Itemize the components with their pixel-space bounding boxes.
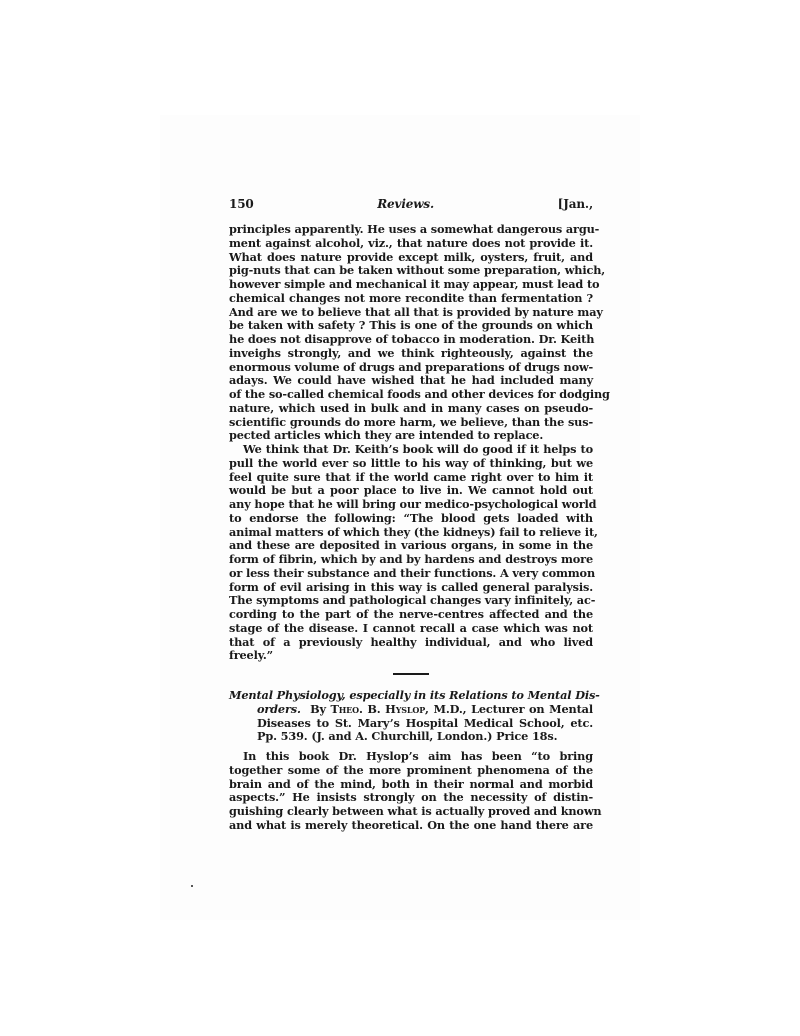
citation-title-line: Mental Physiology, especially in its Rel… bbox=[229, 689, 593, 703]
paragraph-1: principles apparently. He uses a somewha… bbox=[229, 223, 593, 443]
text-line: pull the world ever so little to his way… bbox=[229, 457, 593, 471]
text-line: together some of the more prominent phen… bbox=[229, 764, 593, 778]
text-column: 150 Reviews. [Jan., principles apparentl… bbox=[229, 198, 593, 833]
running-head: 150 Reviews. [Jan., bbox=[229, 198, 593, 220]
author-credentials: M.D., Lecturer on Mental bbox=[433, 702, 592, 716]
text-line: nature, which used in bulk and in many c… bbox=[229, 402, 593, 416]
text-line: animal matters of which they (the kidney… bbox=[229, 526, 593, 540]
book-citation: Mental Physiology, especially in its Rel… bbox=[229, 689, 593, 744]
text-line: stage of the disease. I cannot recall a … bbox=[229, 622, 593, 636]
text-line: would be but a poor place to live in. We… bbox=[229, 484, 593, 498]
scan-artifact-speck bbox=[191, 885, 193, 887]
by-label: By bbox=[310, 702, 326, 716]
text-line: of the so-called chemical foods and othe… bbox=[229, 388, 593, 402]
text-line: however simple and mechanical it may app… bbox=[229, 278, 593, 292]
paragraph-2: We think that Dr. Keith’s book will do g… bbox=[229, 443, 593, 663]
text-line: form of evil arising in this way is call… bbox=[229, 581, 593, 595]
text-line: form of fibrin, which by and by hardens … bbox=[229, 553, 593, 567]
text-line: pig-nuts that can be taken without some … bbox=[229, 264, 593, 278]
text-line: any hope that he will bring our medico-p… bbox=[229, 498, 593, 512]
citation-line: orders. By Theo. B. Hyslop, M.D., Lectur… bbox=[229, 703, 593, 717]
text-line: adays. We could have wished that he had … bbox=[229, 374, 593, 388]
text-line: We think that Dr. Keith’s book will do g… bbox=[229, 443, 593, 457]
text-line: The symptoms and pathological changes va… bbox=[229, 594, 593, 608]
text-line: to endorse the following: “The blood get… bbox=[229, 512, 593, 526]
text-line: guishing clearly between what is actuall… bbox=[229, 805, 593, 819]
text-line: he does not disapprove of tobacco in mod… bbox=[229, 333, 593, 347]
section-divider-rule bbox=[393, 673, 429, 675]
text-line: And are we to believe that all that is p… bbox=[229, 306, 593, 320]
date-marker: [Jan., bbox=[558, 198, 593, 212]
text-line: ment against alcohol, viz., that nature … bbox=[229, 237, 593, 251]
text-line: and what is merely theoretical. On the o… bbox=[229, 819, 593, 833]
page-number: 150 bbox=[229, 198, 254, 212]
text-line: enormous volume of drugs and preparation… bbox=[229, 361, 593, 375]
text-line: and these are deposited in various organ… bbox=[229, 539, 593, 553]
text-line: principles apparently. He uses a somewha… bbox=[229, 223, 593, 237]
paragraph-3: In this book Dr. Hyslop’s aim has been “… bbox=[229, 750, 593, 833]
text-line: or less their substance and their functi… bbox=[229, 567, 593, 581]
text-line: scientific grounds do more harm, we beli… bbox=[229, 416, 593, 430]
text-line: inveighs strongly, and we think righteou… bbox=[229, 347, 593, 361]
text-line: that of a previously healthy individual,… bbox=[229, 636, 593, 650]
text-line: brain and of the mind, both in their nor… bbox=[229, 778, 593, 792]
book-title-cont: orders. bbox=[257, 702, 301, 716]
text-line: cording to the part of the nerve-centres… bbox=[229, 608, 593, 622]
text-line: freely.” bbox=[229, 649, 593, 663]
citation-line: Diseases to St. Mary’s Hospital Medical … bbox=[229, 717, 593, 731]
text-line: chemical changes not more recondite than… bbox=[229, 292, 593, 306]
text-line: aspects.” He insists strongly on the nec… bbox=[229, 791, 593, 805]
text-line: In this book Dr. Hyslop’s aim has been “… bbox=[229, 750, 593, 764]
text-line: feel quite sure that if the world came r… bbox=[229, 471, 593, 485]
section-title: Reviews. bbox=[377, 198, 434, 212]
book-title: Mental Physiology, especially in its Rel… bbox=[229, 688, 600, 702]
citation-publication-line: Pp. 539. (J. and A. Churchill, London.) … bbox=[229, 730, 593, 744]
author-name: Theo. B. Hyslop, bbox=[331, 702, 429, 716]
text-line: be taken with safety ? This is one of th… bbox=[229, 319, 593, 333]
text-line: pected articles which they are intended … bbox=[229, 429, 593, 443]
text-line: What does nature provide except milk, oy… bbox=[229, 251, 593, 265]
